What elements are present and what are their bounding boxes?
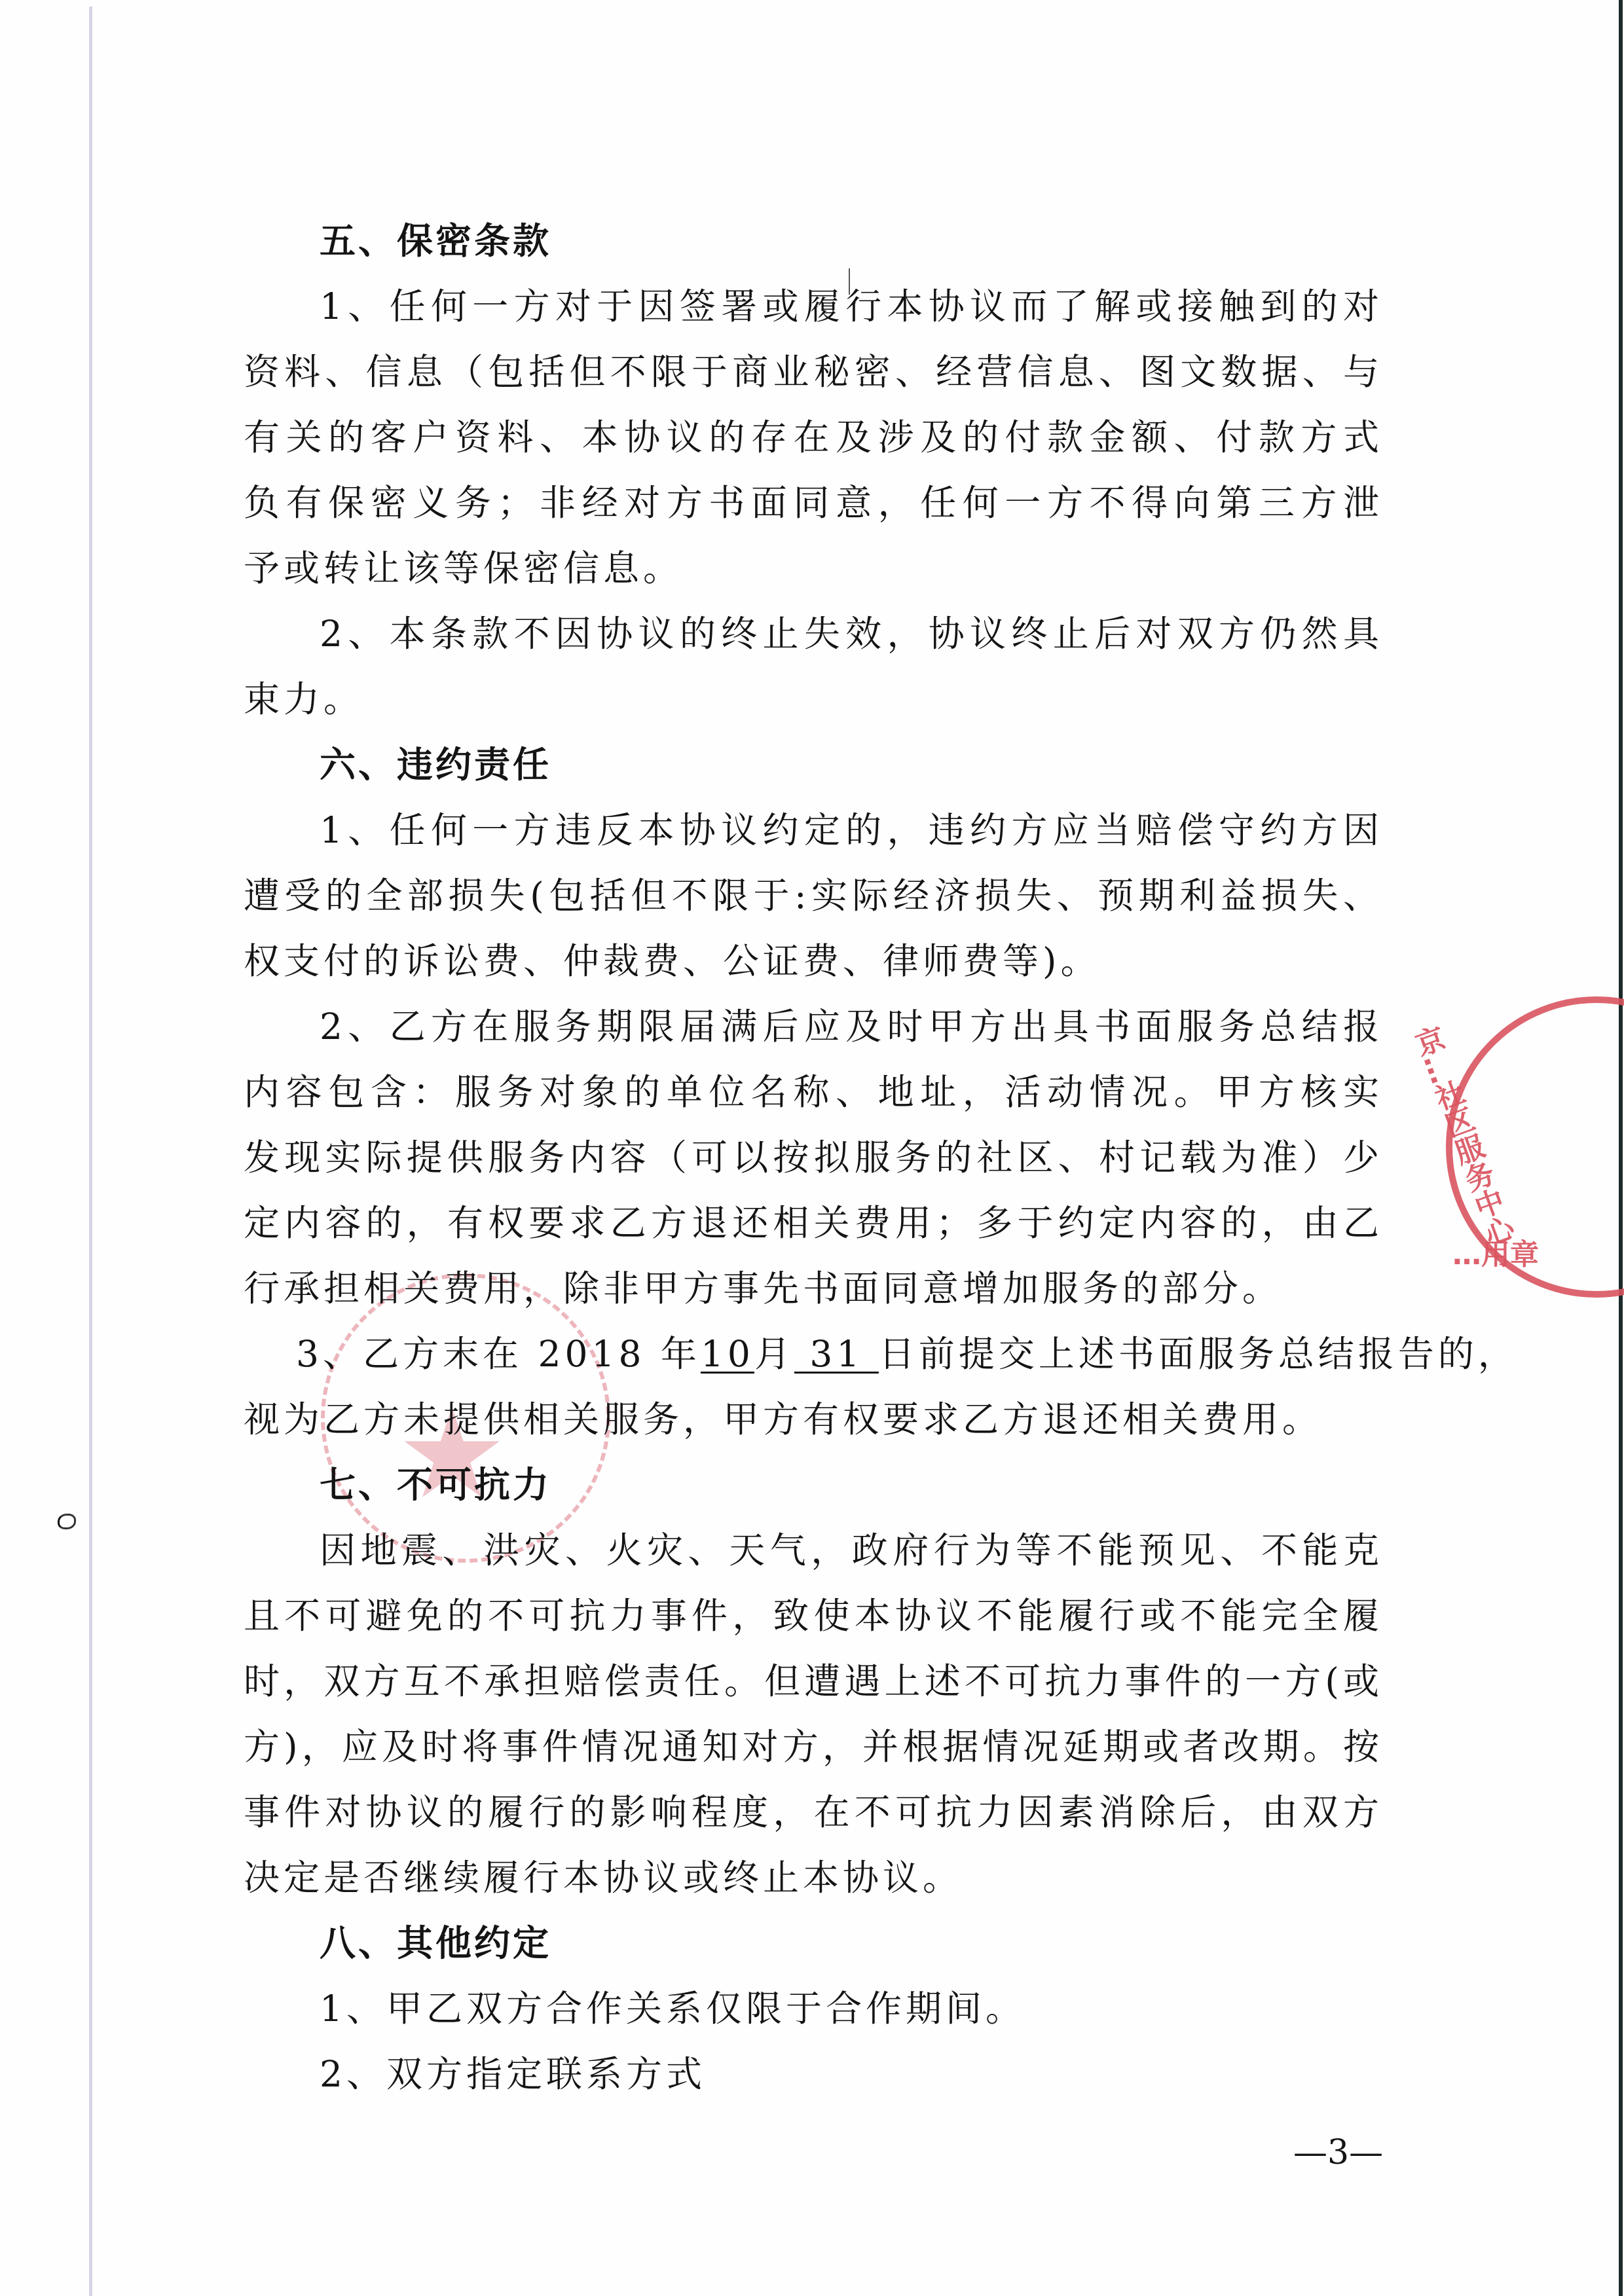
section-heading-other-terms: 八、其他约定 bbox=[244, 1910, 1383, 1976]
paragraph-line: 因地震、洪灾、火灾、天气，政府行为等不能预见、不能克服、 bbox=[244, 1518, 1383, 1583]
paragraph-line: 有关的客户资料、本协议的存在及涉及的付款金额、付款方式等）均 bbox=[244, 405, 1383, 470]
paragraph-line: 发现实际提供服务内容（可以按拟服务的社区、村记载为准）少于约 bbox=[244, 1125, 1383, 1190]
clause-3-line: 3、乙方末在 2018 年10月 31 日前提交上述书面服务总结报告的， bbox=[244, 1321, 1383, 1387]
paragraph-line: 1、甲乙双方合作关系仅限于合作期间。 bbox=[244, 1976, 1383, 2041]
section-heading-liability: 六、违约责任 bbox=[244, 732, 1383, 797]
seal-bottom-text: …用章 bbox=[1452, 1231, 1539, 1273]
document-page: ★ 五、保密条款 1、任何一方对于因签署或履行本协议而了解或接触到的对方的 资料… bbox=[0, 0, 1624, 2296]
paragraph-line: 2、本条款不因协议的终止失效，协议终止后对双方仍然具有约 bbox=[244, 601, 1383, 666]
paragraph-line: 权支付的诉讼费、仲裁费、公证费、律师费等)。 bbox=[244, 928, 1383, 994]
paragraph-line: 事件对协议的履行的影响程度，在不可抗力因素消除后，由双方协商 bbox=[244, 1779, 1383, 1845]
deadline-day: 31 bbox=[794, 1333, 879, 1375]
paragraph-line: 定内容的，有权要求乙方退还相关费用；多于约定内容的，由乙方自 bbox=[244, 1190, 1383, 1256]
paragraph-line: 2、双方指定联系方式 bbox=[244, 2041, 1383, 2107]
paragraph-line: 2、乙方在服务期限届满后应及时甲方出具书面服务总结报告， bbox=[244, 994, 1383, 1059]
section-heading-force-majeure: 七、不可抗力 bbox=[244, 1452, 1383, 1518]
paragraph-line: 资料、信息（包括但不限于商业秘密、经营信息、图文数据、与业务 bbox=[244, 339, 1383, 405]
paragraph-line: 1、任何一方对于因签署或履行本协议而了解或接触到的对方的 bbox=[244, 274, 1383, 339]
paragraph-line: 束力。 bbox=[244, 666, 1383, 732]
paragraph-line: 予或转让该等保密信息。 bbox=[244, 536, 1383, 601]
paragraph-line: 时，双方互不承担赔偿责任。但遭遇上述不可抗力事件的一方(或双 bbox=[244, 1649, 1383, 1714]
clause-3-suffix: 日前提交上述书面服务总结报告的， bbox=[879, 1333, 1518, 1375]
seal-arc-text: 京…社区服务中心 bbox=[1403, 1021, 1521, 1252]
deadline-month: 10 bbox=[701, 1333, 754, 1375]
paragraph-line: 视为乙方未提供相关服务，甲方有权要求乙方退还相关费用。 bbox=[244, 1387, 1383, 1452]
binding-edge-line bbox=[89, 7, 92, 2296]
clause-3-prefix: 3、乙方末在 2018 年 bbox=[296, 1333, 701, 1375]
paragraph-line: 遭受的全部损失(包括但不限于:实际经济损失、预期利益损失、为维 bbox=[244, 863, 1383, 928]
paragraph-line: 1、任何一方违反本协议约定的，违约方应当赔偿守约方因此所 bbox=[244, 797, 1383, 863]
section-heading-confidentiality: 五、保密条款 bbox=[244, 208, 1383, 274]
month-label: 月 bbox=[754, 1333, 794, 1375]
paragraph-line: 且不可避免的不可抗力事件，致使本协议不能履行或不能完全履行 bbox=[244, 1583, 1383, 1649]
paragraph-line: 负有保密义务；非经对方书面同意，任何一方不得向第三方泄漏、给 bbox=[244, 470, 1383, 536]
paragraph-line: 内容包含：服务对象的单位名称、地址，活动情况。甲方核实后，如 bbox=[244, 1059, 1383, 1125]
staple-mark bbox=[58, 1514, 76, 1529]
document-body: 五、保密条款 1、任何一方对于因签署或履行本协议而了解或接触到的对方的 资料、信… bbox=[244, 208, 1383, 2107]
paragraph-line: 行承担相关费用，除非甲方事先书面同意增加服务的部分。 bbox=[244, 1256, 1383, 1321]
paragraph-line: 决定是否继续履行本协议或终止本协议。 bbox=[244, 1845, 1383, 1910]
page-number: —3— bbox=[1293, 2133, 1383, 2172]
scan-edge-line bbox=[1619, 0, 1623, 2296]
paragraph-line: 方)，应及时将事件情况通知对方，并根据情况延期或者改期。按照 bbox=[244, 1714, 1383, 1779]
